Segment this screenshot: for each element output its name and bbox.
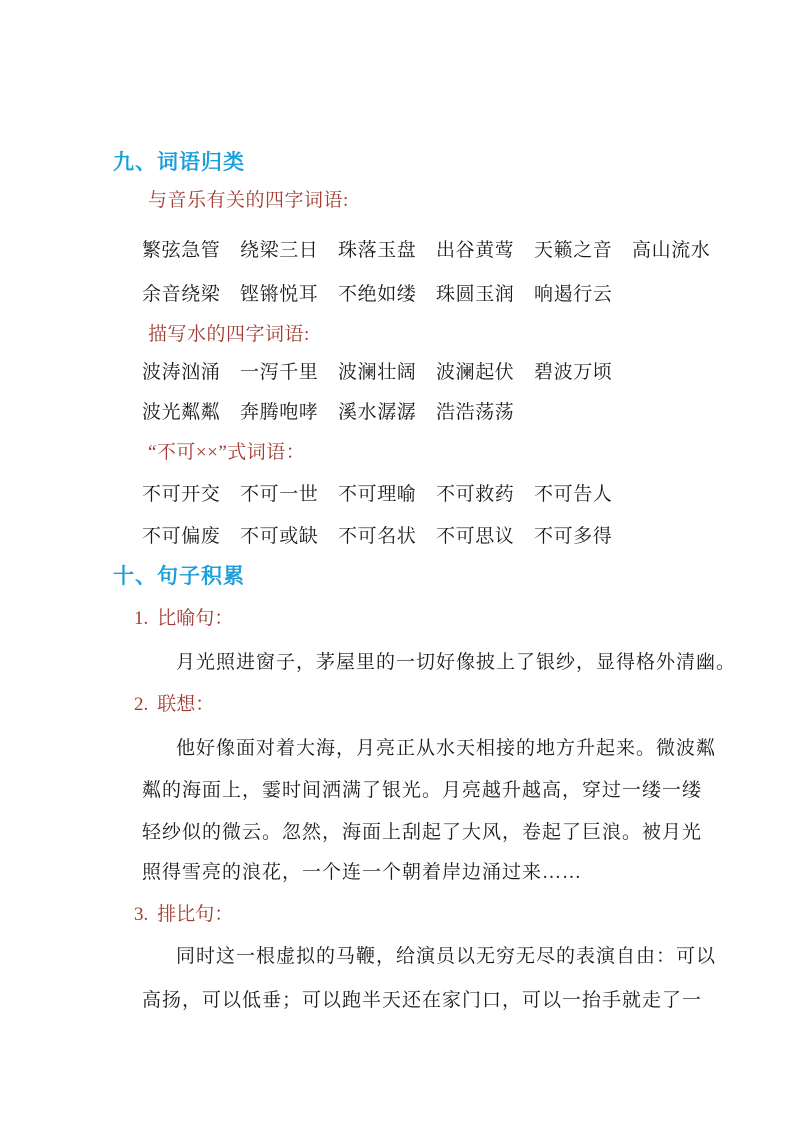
paragraph-line: 同时这一根虚拟的马鞭，给演员以无穷无尽的表演自由：可以 (176, 942, 793, 972)
paragraph-line: 轻纱似的微云。忽然，海面上刮起了大风，卷起了巨浪。被月光 (142, 818, 793, 848)
idiom-line: 波光粼粼 奔腾咆哮 溪水潺潺 浩浩荡荡 (142, 398, 793, 428)
paragraph-line: 月光照进窗子，茅屋里的一切好像披上了银纱，显得格外清幽。 (176, 648, 793, 678)
subhead-music-words: 与音乐有关的四字词语: (148, 186, 793, 216)
idiom-line: 繁弦急管 绕梁三日 珠落玉盘 出谷黄莺 天籁之音 高山流水 (142, 236, 793, 266)
list-item-parallelism: 3.排比句： (134, 900, 793, 930)
item-label: 比喻句： (157, 608, 233, 629)
paragraph-line: 粼的海面上，霎时间洒满了银光。月亮越升越高，穿过一缕一缕 (142, 776, 793, 806)
item-label: 联想： (157, 694, 214, 715)
paragraph-line: 他好像面对着大海，月亮正从水天相接的地方升起来。微波粼 (176, 734, 793, 764)
idiom-line: 波涛汹涌 一泻千里 波澜壮阔 波澜起伏 碧波万顷 (142, 358, 793, 388)
item-number: 2. (134, 694, 148, 715)
document-page: 九、词语归类 与音乐有关的四字词语: 繁弦急管 绕梁三日 珠落玉盘 出谷黄莺 天… (0, 0, 793, 1122)
idiom-line: 不可开交 不可一世 不可理喻 不可救药 不可告人 (142, 480, 793, 510)
list-item-metaphor: 1.比喻句： (134, 604, 793, 634)
item-number: 3. (134, 904, 148, 925)
subhead-water-words: 描写水的四字词语: (148, 320, 793, 350)
idiom-line: 余音绕梁 铿锵悦耳 不绝如缕 珠圆玉润 响遏行云 (142, 280, 793, 310)
item-label: 排比句： (157, 904, 233, 925)
item-number: 1. (134, 608, 148, 629)
subhead-buke-words: “不可××”式词语： (148, 438, 793, 468)
section-10-heading: 十、句子积累 (113, 562, 793, 592)
idiom-line: 不可偏废 不可或缺 不可名状 不可思议 不可多得 (142, 522, 793, 552)
paragraph-line: 照得雪亮的浪花，一个连一个朝着岸边涌过来…… (142, 858, 793, 888)
paragraph-line: 高扬，可以低垂；可以跑半天还在家门口，可以一抬手就走了一 (142, 986, 793, 1016)
section-9-heading: 九、词语归类 (113, 148, 793, 178)
list-item-association: 2.联想： (134, 690, 793, 720)
